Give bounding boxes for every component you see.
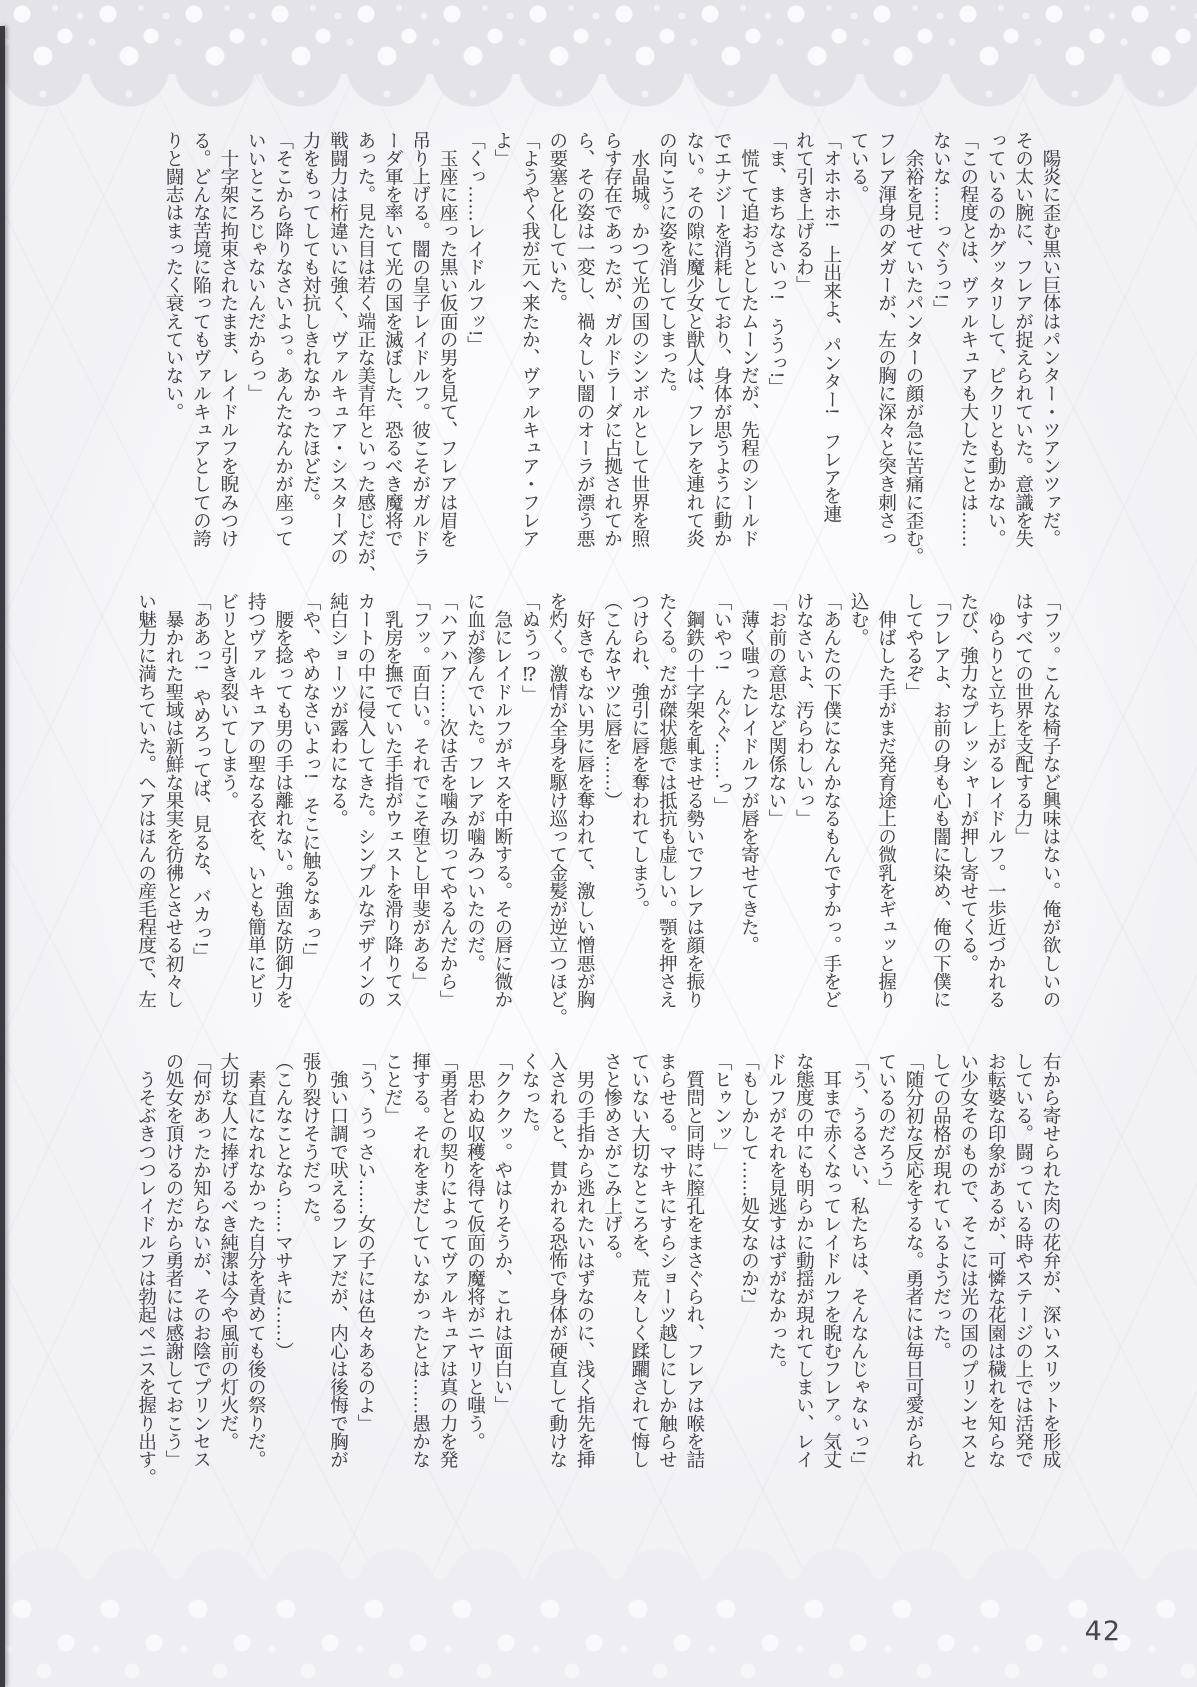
- text-column: 「何があったか知らないが、そのお陰でプリンセス: [186, 1052, 213, 1514]
- text-column: ら、その姿は一変し、禍々しい闇のオーラが漂う悪: [570, 131, 597, 593]
- page-scan-edge: [0, 26, 5, 1687]
- text-column: お転婆な印象があるが、可憐な花園は穢れを知らな: [981, 1052, 1008, 1514]
- text-column: 「フッ。こんな椅子など興味はない。俺が欲しいの: [1036, 592, 1063, 1054]
- text-column: うそぶきつつレイドルフは勃起ペニスを握り出す。: [131, 1052, 158, 1514]
- text-column: 暴かれた聖域は新鮮な果実を彷彿とさせる初々し: [159, 592, 186, 1054]
- text-column: 腰を捻っても男の手は離れない。強固な防御力を: [268, 592, 295, 1054]
- text-column: る。どんな苦境に陥ってもヴァルキュアとしての誇: [186, 131, 213, 593]
- text-column: らす存在であったが、ガルドラーダに占拠されてか: [597, 131, 624, 593]
- text-block-2: 「フッ。こんな椅子など興味はない。俺が欲しいのはすべての世界を支配する力」 ゆら…: [131, 592, 1063, 1054]
- text-column: な態度の中にも明らかに動揺が現れてしまい、レイ: [789, 1052, 816, 1514]
- text-column: 「ヒゥンッ」: [707, 1052, 734, 1514]
- text-column: しての品格が現れているようだった。: [926, 1052, 953, 1514]
- text-column: に血が滲んでいた。フレアが噛みついたのだ。: [460, 592, 487, 1054]
- text-column: 「オホホホ! 上出来よ、パンター! フレアを連: [816, 131, 843, 593]
- text-column: 水晶城。かつて光の国のシンボルとして世界を照: [625, 131, 652, 593]
- text-column: ドルフがそれを見逃すはずがなかった。: [762, 1052, 789, 1514]
- text-column: ない。その隙に魔少女と獣人は、フレアを連れて炎: [679, 131, 706, 593]
- text-column: でエナジーを消耗しており、身体が思うように動か: [707, 131, 734, 593]
- text-column: 「いやっ! んぐぐ……っ」: [707, 592, 734, 1054]
- text-column: 吊り上げる。闇の皇子レイドルフ。彼こそがガルドラ: [405, 131, 432, 593]
- text-column: 「あんたの下僕になんかなるもんですかっ。手をど: [816, 592, 843, 1054]
- text-column: 慌てて追おうとしたムーンだが、先程のシールド: [734, 131, 761, 593]
- text-column: 鋼鉄の十字架を軋ませる勢いでフレアは顔を振り: [679, 592, 706, 1054]
- text-column: さと惨めさがこみ上げる。: [597, 1052, 624, 1514]
- text-column: まらせる。マサキにすらショーツ越しにしか触らせ: [652, 1052, 679, 1514]
- text-column: 好きでもない男に唇を奪われて、激しい憎悪が胸: [570, 592, 597, 1054]
- text-column: フレア渾身のダガーが、左の胸に深々と突き刺さっ: [871, 131, 898, 593]
- text-column: たくる。だが磔状態では抵抗も虚しい。顎を押さえ: [652, 592, 679, 1054]
- text-column: 薄く嗤ったレイドルフが唇を寄せてきた。: [734, 592, 761, 1054]
- text-column: 男の手指から逃れたいはずなのに、浅く指先を挿: [570, 1052, 597, 1514]
- text-column: 余裕を見せていたパンターの顔が急に苦痛に歪む。: [899, 131, 926, 593]
- text-column: 質問と同時に膣孔をまさぐられ、フレアは喉を詰: [679, 1052, 706, 1514]
- text-column: 張り裂けそうだった。: [296, 1052, 323, 1514]
- text-column: の処女を頂けるのだから勇者には感謝しておこう」: [159, 1052, 186, 1514]
- text-column: 思わぬ収穫を得て仮面の魔将がニヤリと嗤う。: [460, 1052, 487, 1514]
- bottom-lace-border: [0, 1579, 1197, 1687]
- text-column: 「ま、まちなさいっ! ううっ!」: [762, 131, 789, 593]
- text-column: 力をもってしても対抗しきれなかったほどだ。: [296, 131, 323, 593]
- text-column: 「フレアよ、お前の身も心も闇に染め、俺の下僕に: [926, 592, 953, 1054]
- text-column: 乳房を撫でていた手指がウェストを滑り降りてス: [378, 592, 405, 1054]
- text-column: 大切な人に捧げるべき純潔は今や風前の灯火だ。: [213, 1052, 240, 1514]
- text-column: 陽炎に歪む黒い巨体はパンター・ツアンツァだ。: [1036, 131, 1063, 593]
- text-column: 玉座に座った黒い仮面の男を見て、フレアは眉を: [433, 131, 460, 593]
- text-column: ことだ」: [378, 1052, 405, 1514]
- text-column: いいところじゃないんだからっ」: [241, 131, 268, 593]
- page-number: 42: [1085, 1616, 1121, 1647]
- text-column: カートの中に侵入してきた。シンプルなデザインの: [350, 592, 377, 1054]
- text-column: ている。: [844, 131, 871, 593]
- text-column: を灼く。激情が全身を駆け巡って金髪が逆立つほど。: [542, 592, 569, 1054]
- text-column: ないな……っぐうっ!」: [926, 131, 953, 593]
- text-column: 「お前の意思など関係ない」: [762, 592, 789, 1054]
- text-column: 急にレイドルフがキスを中断する。その唇に微か: [487, 592, 514, 1054]
- text-column: 十字架に拘束されたまま、レイドルフを睨みつけ: [213, 131, 240, 593]
- text-column: くなった。: [515, 1052, 542, 1514]
- text-column: 「勇者との契りによってヴァルキュアは真の力を発: [433, 1052, 460, 1514]
- text-column: ゆらりと立ち上がるレイドルフ。一歩近づかれる: [981, 592, 1008, 1054]
- text-column: 「う、うるさい、私たちは、そんなんじゃないっ!」: [844, 1052, 871, 1514]
- text-column: 強い口調で吠えるフレアだが、内心は後悔で胸が: [323, 1052, 350, 1514]
- text-column: （こんなヤツに唇を……）: [597, 592, 624, 1054]
- text-column: ーダ軍を率いて光の国を滅ぼした、恐るべき魔将で: [378, 131, 405, 593]
- text-column: 「や、やめなさいよっ! そこに触るなぁっ!」: [296, 592, 323, 1054]
- text-column: たび、強力なプレッシャーが押し寄せてくる。: [953, 592, 980, 1054]
- text-column: 耳まで赤くなってレイドルフを睨むフレア。気丈: [816, 1052, 843, 1514]
- text-column: の要塞と化していた。: [542, 131, 569, 593]
- text-column: りと闘志はまったく衰えていない。: [159, 131, 186, 593]
- text-column: つけられ、強引に唇を奪われてしまう。: [625, 592, 652, 1054]
- text-column: その太い腕に、フレアが捉えられていた。意識を失: [1008, 131, 1035, 593]
- text-column: （こんなことなら……マサキに……）: [268, 1052, 295, 1514]
- text-column: 「随分初な反応をするな。勇者には毎日可愛がられ: [899, 1052, 926, 1514]
- text-column: 伸ばした手がまだ発育途上の微乳をギュッと握り: [871, 592, 898, 1054]
- text-column: 「フッ。面白い。それでこそ堕とし甲斐がある」: [405, 592, 432, 1054]
- text-column: 入されると、貫かれる恐怖で身体が硬直して動けな: [542, 1052, 569, 1514]
- text-column: 「そこから降りなさいよっ。あんたなんかが座って: [268, 131, 295, 593]
- text-column: れて引き上げるわ」: [789, 131, 816, 593]
- text-column: してやるぞ」: [899, 592, 926, 1054]
- text-column: い魅力に満ちていた。ヘアはほんの産毛程度で、左: [131, 592, 158, 1054]
- top-lace-border: [0, 0, 1197, 74]
- text-column: 「ぬうっ⁉」: [515, 592, 542, 1054]
- text-column: 「ようやく我が元へ来たか、ヴァルキュア・フレア: [515, 131, 542, 593]
- text-column: 「ハアハア……次は舌を噛み切ってやるんだから」: [433, 592, 460, 1054]
- text-column: ていない大切なところを、荒々しく蹂躙されて悔し: [625, 1052, 652, 1514]
- text-column: はすべての世界を支配する力」: [1008, 592, 1035, 1054]
- text-block-3: 右から寄せられた肉の花弁が、深いスリットを形成している。闘っている時やステージの…: [131, 1052, 1063, 1514]
- text-column: ビリと引き裂いてしまう。: [213, 592, 240, 1054]
- text-column: 「この程度とは、ヴァルキュアも大したことは……: [953, 131, 980, 593]
- text-column: 込む。: [844, 592, 871, 1054]
- text-column: 揮する。それをまだしていなかったとは……愚かな: [405, 1052, 432, 1514]
- text-column: の向こうに姿を消してしまった。: [652, 131, 679, 593]
- text-column: 戦闘力は桁違いに強く、ヴァルキュア・シスターズの: [323, 131, 350, 593]
- text-column: っているのかグッタリして、ピクリとも動かない。: [981, 131, 1008, 593]
- text-column: 純白ショーツが露わになる。: [323, 592, 350, 1054]
- text-column: 「ああっ! やめろってば、見るな、バカっ!」: [186, 592, 213, 1054]
- text-column: よ」: [487, 131, 514, 593]
- text-column: している。闘っている時やステージの上では活発で: [1008, 1052, 1035, 1514]
- text-column: い少女そのもので、そこには光の国のプリンセスと: [953, 1052, 980, 1514]
- text-column: 「う、うっさい……女の子には色々あるのよ」: [350, 1052, 377, 1514]
- text-column: ているのだろう」: [871, 1052, 898, 1514]
- novel-page: 陽炎に歪む黒い巨体はパンター・ツアンツァだ。その太い腕に、フレアが捉えられていた…: [0, 0, 1197, 1687]
- text-column: 素直になれなかった自分を責めても後の祭りだ。: [241, 1052, 268, 1514]
- text-column: けなさいよ、汚らわしいっ」: [789, 592, 816, 1054]
- text-column: あった。見た目は若く端正な美青年といった感じだが、: [350, 131, 377, 593]
- text-column: 「くっ……レイドルフッ!」: [460, 131, 487, 593]
- text-column: 「もしかして……処女なのか?」: [734, 1052, 761, 1514]
- text-column: 「クククッ。やはりそうか、これは面白い」: [487, 1052, 514, 1514]
- text-column: 右から寄せられた肉の花弁が、深いスリットを形成: [1036, 1052, 1063, 1514]
- text-block-1: 陽炎に歪む黒い巨体はパンター・ツアンツァだ。その太い腕に、フレアが捉えられていた…: [159, 131, 1063, 593]
- text-column: 持つヴァルキュアの聖なる衣を、いとも簡単にビリ: [241, 592, 268, 1054]
